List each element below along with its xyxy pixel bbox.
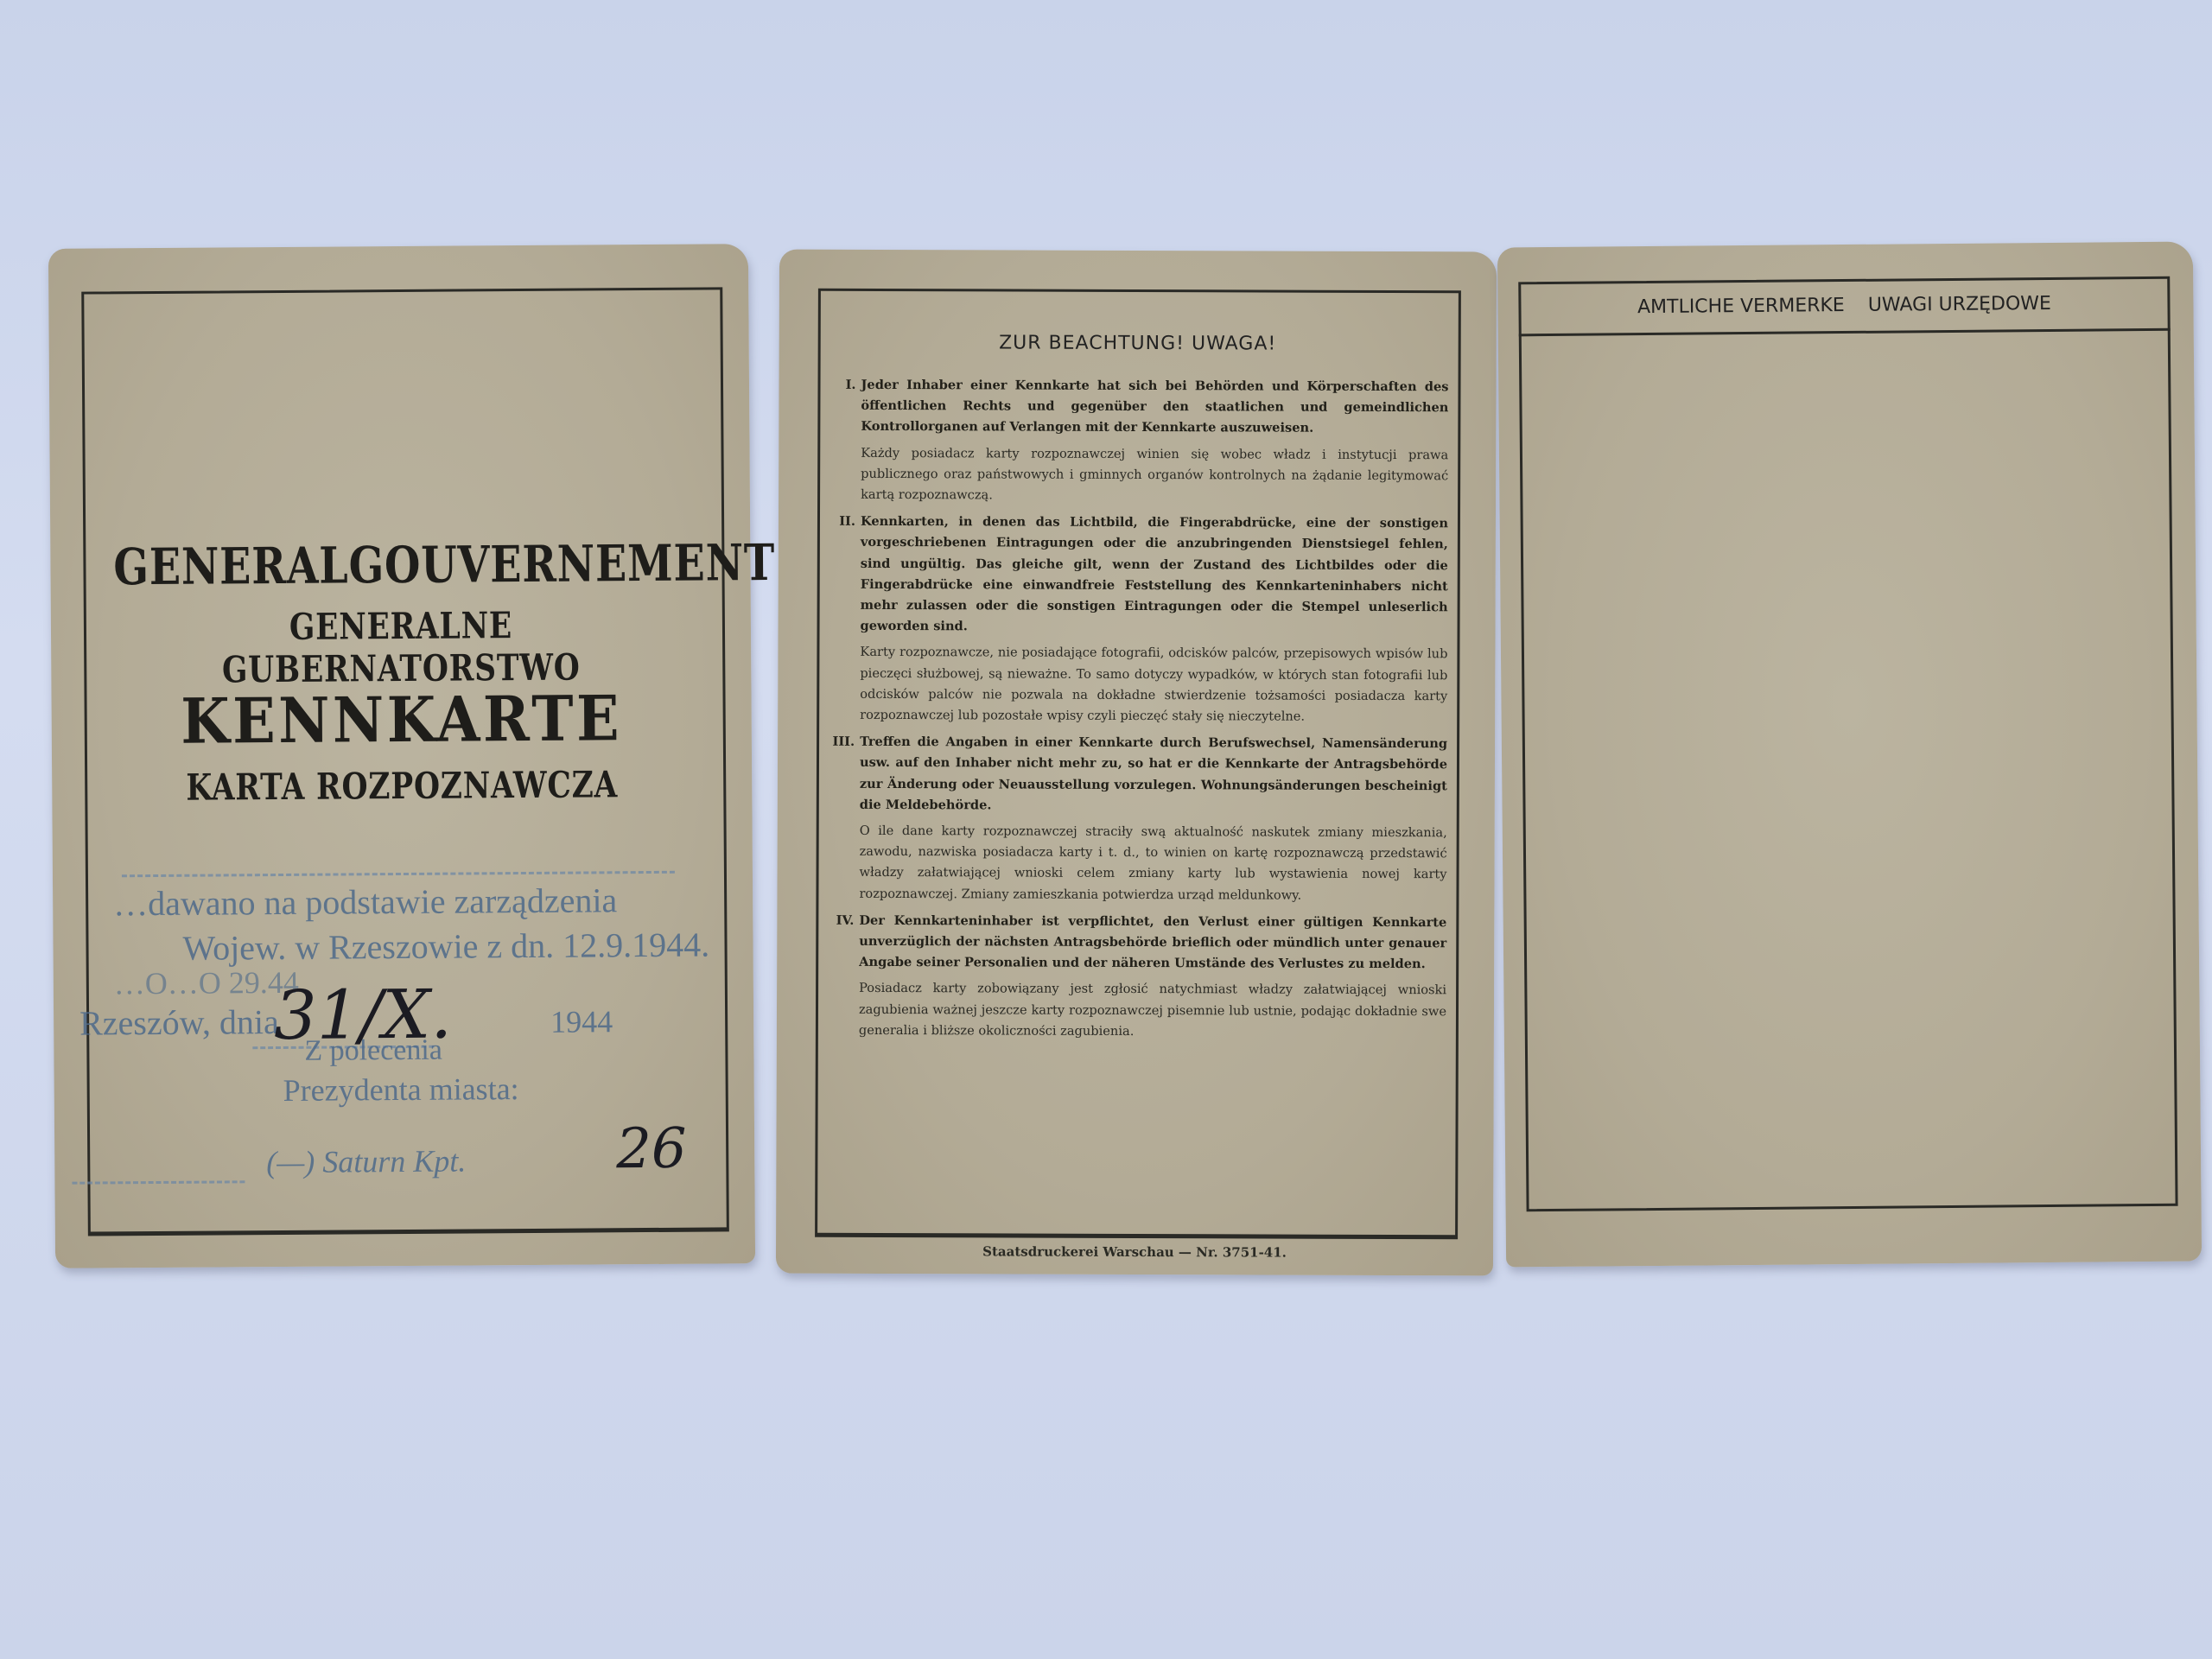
section-text-german: Jeder Inhaber einer Kennkarte hat sich b… bbox=[861, 375, 1448, 440]
section-text-polish: Karty rozpoznawcze, nie posiadające foto… bbox=[860, 642, 1447, 728]
stamp-line-3: …O…O 29.44 bbox=[114, 964, 299, 1001]
stamp-city-date: Rzeszów, dnia bbox=[79, 1001, 279, 1044]
title-german: GENERALGOUVERNEMENT bbox=[113, 534, 688, 597]
section-text-german: Treffen die Angaben in einer Kennkarte d… bbox=[860, 732, 1447, 817]
stamp-year: 1944 bbox=[550, 1003, 613, 1040]
section-text-polish: O ile dane karty rozpoznawczej straciły … bbox=[859, 821, 1446, 906]
instructions-sections: I. Jeder Inhaber einer Kennkarte hat sic… bbox=[824, 375, 1449, 1050]
notes-heading-german: AMTLICHE VERMERKE bbox=[1637, 295, 1845, 318]
section-text-german: Der Kennkarteninhaber ist verpflichtet, … bbox=[859, 911, 1446, 976]
stamp-line-2: Wojew. w Rzeszowie z dn. 12.9.1944. bbox=[182, 925, 709, 969]
handwritten-date: 31/X. bbox=[274, 976, 452, 1055]
section-4: IV. Der Kennkarteninhaber ist verpflicht… bbox=[824, 911, 1447, 1044]
notes-heading-polish: UWAGI URZĘDOWE bbox=[1868, 293, 2051, 316]
instructions-page: ZUR BEACHTUNG! UWAGA! I. Jeder Inhaber e… bbox=[776, 250, 1497, 1276]
section-number: II. bbox=[825, 512, 861, 726]
section-text-polish: Każdy posiadacz karty rozpoznawczej wini… bbox=[861, 442, 1448, 507]
section-1: I. Jeder Inhaber einer Kennkarte hat sic… bbox=[826, 375, 1449, 508]
official-notes-page: AMTLICHE VERMERKE UWAGI URZĘDOWE bbox=[1497, 242, 2202, 1268]
section-3: III. Treffen die Angaben in einer Kennka… bbox=[824, 732, 1447, 906]
section-text-polish: Posiadacz karty zobowiązany jest zgłosić… bbox=[859, 978, 1446, 1043]
kennkarte-cover-page: GENERALGOUVERNEMENT GENERALNE GUBERNATOR… bbox=[48, 244, 755, 1268]
title-polish: GENERALNE GUBERNATORSTWO bbox=[114, 603, 689, 692]
document-name-polish: KARTA ROZPOZNAWCZA bbox=[115, 763, 690, 810]
stamp-signatory: (—) Saturn Kpt. bbox=[266, 1142, 466, 1180]
section-number: III. bbox=[824, 732, 860, 905]
handwritten-signature: 26 bbox=[616, 1117, 687, 1182]
stamp-city-president: Prezydenta miasta: bbox=[283, 1071, 519, 1109]
document-name-german: KENNKARTE bbox=[86, 680, 717, 758]
notes-border-frame bbox=[1518, 276, 2177, 1212]
section-number: I. bbox=[826, 375, 861, 505]
section-text-german: Kennkarten, in denen das Lichtbild, die … bbox=[861, 512, 1449, 639]
printer-imprint: Staatsdruckerei Warschau — Nr. 3751-41. bbox=[776, 1243, 1493, 1262]
instructions-heading: ZUR BEACHTUNG! UWAGA! bbox=[779, 332, 1497, 356]
section-number: IV. bbox=[824, 911, 860, 1041]
stamp-line-1: …dawano na podstawie zarządzenia bbox=[113, 880, 617, 924]
section-2: II. Kennkarten, in denen das Lichtbild, … bbox=[825, 512, 1448, 728]
